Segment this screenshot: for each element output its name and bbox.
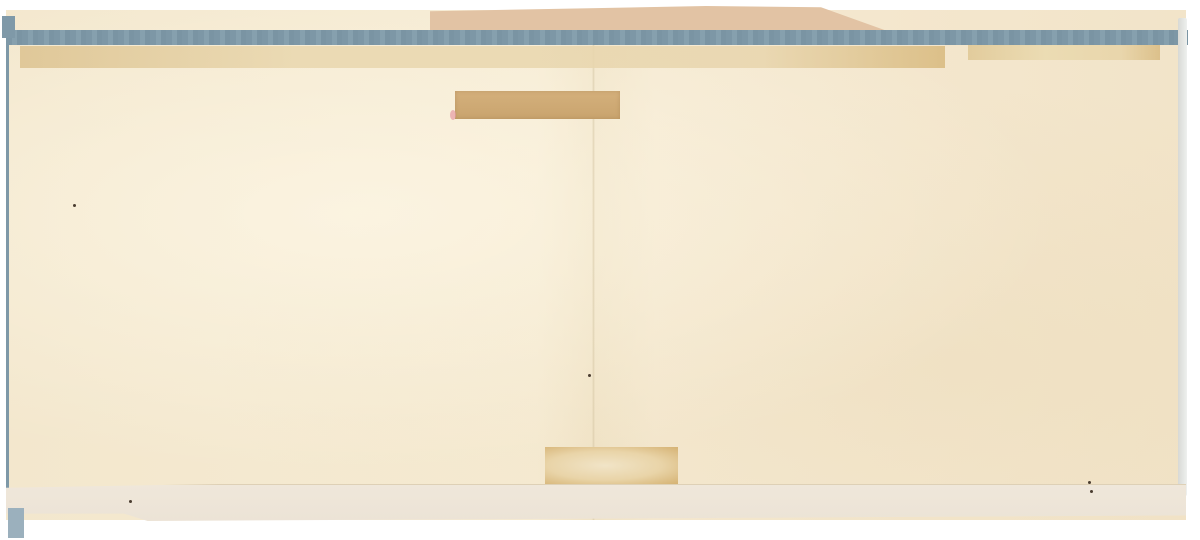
dust-speck (73, 204, 76, 207)
bottom-paper-strip (6, 484, 1186, 521)
dust-speck (1088, 481, 1091, 484)
dust-speck (1090, 490, 1093, 493)
center-fold-line (592, 10, 595, 520)
dust-speck (588, 374, 591, 377)
pink-stain-mark (450, 110, 456, 120)
blue-tape-strip-top (6, 30, 1188, 45)
blue-tape-corner-top-left (2, 16, 15, 38)
blue-tape-corner-bottom-left (8, 508, 24, 538)
brown-tape-piece-center (455, 91, 620, 119)
tan-tape-strip-long (20, 46, 945, 68)
blue-tape-left-edge (6, 40, 9, 500)
tan-tape-strip-short (968, 45, 1160, 60)
paper-sheet (6, 10, 1186, 520)
tape-piece-bottom (545, 447, 678, 484)
dust-speck (129, 500, 132, 503)
right-paper-edge (1178, 18, 1187, 496)
